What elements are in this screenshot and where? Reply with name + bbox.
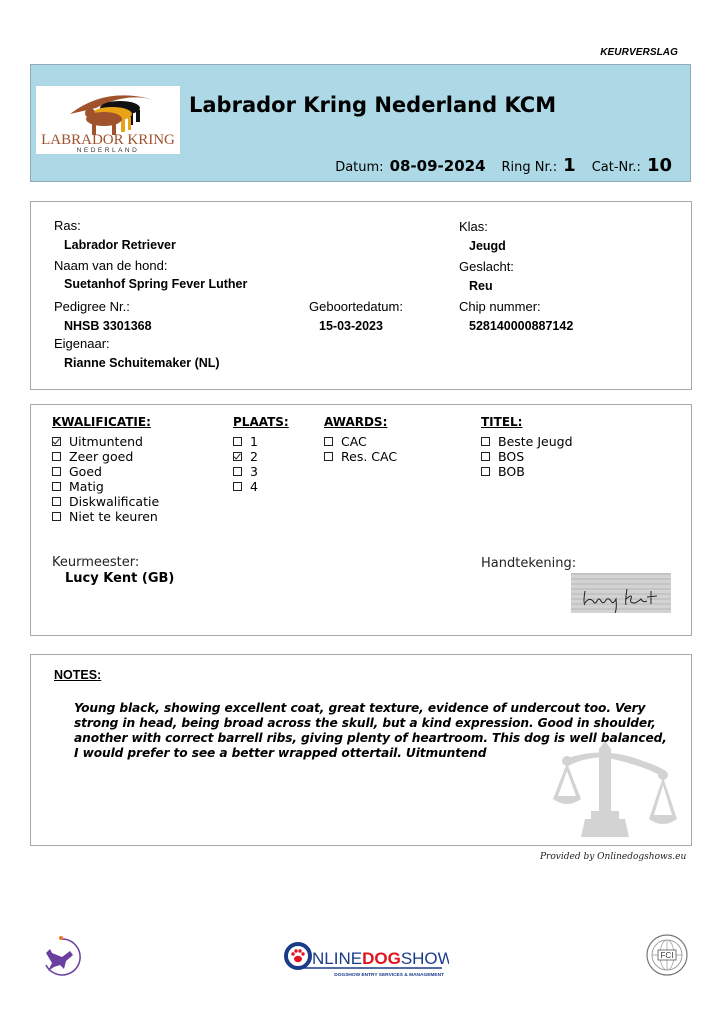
kwalificatie-option-label: Matig <box>69 479 104 494</box>
titel-option-label: Beste Jeugd <box>498 434 573 449</box>
ring-label: Ring Nr.: <box>502 160 558 175</box>
plaats-option[interactable]: 3 <box>233 464 289 479</box>
svg-text:FCI: FCI <box>661 951 674 960</box>
checkbox-icon[interactable] <box>481 452 490 461</box>
klas-value: Jeugd <box>469 239 506 253</box>
onlinedogshows-logo: NLINEDOGSHOWS.eu DOGSHOW ENTRY SERVICES … <box>284 940 449 984</box>
datum-value: 08-09-2024 <box>390 157 486 175</box>
ras-value: Labrador Retriever <box>64 238 176 252</box>
chip-label: Chip nummer: <box>459 299 541 314</box>
geboortedatum-value: 15-03-2023 <box>319 319 383 333</box>
plaats-column: PLAATS: 1234 <box>233 415 289 494</box>
ring-value: 1 <box>563 155 576 176</box>
plaats-option-label: 2 <box>250 449 258 464</box>
naam-value: Suetanhof Spring Fever Luther <box>64 277 247 291</box>
show-meta: Datum: 08-09-2024 Ring Nr.: 1 Cat-Nr.: 1… <box>335 155 672 176</box>
datum-label: Datum: <box>335 160 383 175</box>
cat-value: 10 <box>647 155 672 176</box>
svg-text:NLINEDOGSHOWS.eu: NLINEDOGSHOWS.eu <box>312 949 449 968</box>
svg-text:LABRADOR KRING: LABRADOR KRING <box>41 132 175 148</box>
awards-option[interactable]: Res. CAC <box>324 449 397 464</box>
checkbox-icon[interactable] <box>52 452 61 461</box>
titel-column: TITEL: Beste JeugdBOSBOB <box>481 415 573 479</box>
kwalificatie-option[interactable]: Diskwalificatie <box>52 494 159 509</box>
geboortedatum-label: Geboortedatum: <box>309 299 403 314</box>
cat-label: Cat-Nr.: <box>592 160 641 175</box>
titel-option-label: BOS <box>498 449 524 464</box>
dog-info-section: Ras: Labrador Retriever Naam van de hond… <box>30 201 692 390</box>
titel-option-label: BOB <box>498 464 525 479</box>
kwalificatie-option-label: Goed <box>69 464 102 479</box>
svg-text:DOGSHOW ENTRY SERVICES & MANAG: DOGSHOW ENTRY SERVICES & MANAGEMENT <box>334 972 444 978</box>
plaats-option-label: 3 <box>250 464 258 479</box>
labrador-dogs-icon: LABRADOR KRING NEDERLAND <box>36 86 180 154</box>
checkbox-icon[interactable] <box>52 482 61 491</box>
provided-by: Provided by Onlinedogshows.eu <box>540 852 686 862</box>
club-logo-left <box>40 935 84 983</box>
kwalificatie-option[interactable]: Uitmuntend <box>52 434 159 449</box>
header-banner: LABRADOR KRING NEDERLAND Labrador Kring … <box>30 64 691 182</box>
eigenaar-label: Eigenaar: <box>54 336 110 351</box>
signature-icon <box>571 573 671 613</box>
keurmeester-label: Keurmeester: <box>52 555 139 570</box>
checkbox-checked-icon[interactable] <box>52 437 61 446</box>
checkbox-checked-icon[interactable] <box>233 452 242 461</box>
checkbox-icon[interactable] <box>481 467 490 476</box>
ras-label: Ras: <box>54 218 81 233</box>
evaluation-section: KWALIFICATIE: UitmuntendZeer goedGoedMat… <box>30 404 692 636</box>
kwalificatie-option[interactable]: Goed <box>52 464 159 479</box>
document-type-label: KEURVERSLAG <box>600 47 678 58</box>
kwalificatie-option-label: Zeer goed <box>69 449 133 464</box>
handtekening-label: Handtekening: <box>481 556 576 571</box>
plaats-option-label: 1 <box>250 434 258 449</box>
labrador-kring-logo: LABRADOR KRING NEDERLAND <box>36 86 180 154</box>
klas-label: Klas: <box>459 219 488 234</box>
kwalificatie-option[interactable]: Niet te keuren <box>52 509 159 524</box>
checkbox-icon[interactable] <box>481 437 490 446</box>
checkbox-icon[interactable] <box>52 467 61 476</box>
eigenaar-value: Rianne Schuitemaker (NL) <box>64 356 220 370</box>
titel-option[interactable]: Beste Jeugd <box>481 434 573 449</box>
titel-option[interactable]: BOB <box>481 464 573 479</box>
notes-text: Young black, showing excellent coat, gre… <box>74 701 674 761</box>
checkbox-icon[interactable] <box>233 467 242 476</box>
kwalificatie-option-label: Niet te keuren <box>69 509 158 524</box>
kwalificatie-column: KWALIFICATIE: UitmuntendZeer goedGoedMat… <box>52 415 159 524</box>
kwalificatie-option[interactable]: Matig <box>52 479 159 494</box>
plaats-option-label: 4 <box>250 479 258 494</box>
geslacht-value: Reu <box>469 279 493 293</box>
notes-heading: NOTES: <box>54 668 101 682</box>
checkbox-icon[interactable] <box>324 452 333 461</box>
plaats-option[interactable]: 1 <box>233 434 289 449</box>
plaats-option[interactable]: 4 <box>233 479 289 494</box>
checkbox-icon[interactable] <box>324 437 333 446</box>
signature-image <box>571 573 671 613</box>
kwalificatie-heading: KWALIFICATIE: <box>52 415 159 429</box>
titel-heading: TITEL: <box>481 415 573 429</box>
awards-column: AWARDS: CACRes. CAC <box>324 415 397 464</box>
naam-label: Naam van de hond: <box>54 258 167 273</box>
pedigree-label: Pedigree Nr.: <box>54 299 130 314</box>
paw-icon <box>291 949 304 962</box>
checkbox-icon[interactable] <box>233 482 242 491</box>
checkbox-icon[interactable] <box>52 512 61 521</box>
dog-jumping-icon <box>40 935 84 979</box>
fci-logo: FCI <box>645 933 689 981</box>
chip-value: 528140000887142 <box>469 319 573 333</box>
plaats-heading: PLAATS: <box>233 415 289 429</box>
notes-section: NOTES: Young black, showing excellent co… <box>30 654 692 846</box>
awards-option-label: CAC <box>341 434 367 449</box>
checkbox-icon[interactable] <box>52 497 61 506</box>
awards-option-label: Res. CAC <box>341 449 397 464</box>
geslacht-label: Geslacht: <box>459 259 514 274</box>
awards-option[interactable]: CAC <box>324 434 397 449</box>
kwalificatie-option-label: Uitmuntend <box>69 434 143 449</box>
pedigree-value: NHSB 3301368 <box>64 319 152 333</box>
keurmeester-value: Lucy Kent (GB) <box>65 571 174 586</box>
svg-text:NEDERLAND: NEDERLAND <box>77 147 140 154</box>
titel-option[interactable]: BOS <box>481 449 573 464</box>
fci-globe-icon: FCI <box>645 933 689 977</box>
kwalificatie-option-label: Diskwalificatie <box>69 494 159 509</box>
page-title: Labrador Kring Nederland KCM <box>189 93 556 117</box>
kwalificatie-option[interactable]: Zeer goed <box>52 449 159 464</box>
checkbox-icon[interactable] <box>233 437 242 446</box>
plaats-option[interactable]: 2 <box>233 449 289 464</box>
awards-heading: AWARDS: <box>324 415 397 429</box>
